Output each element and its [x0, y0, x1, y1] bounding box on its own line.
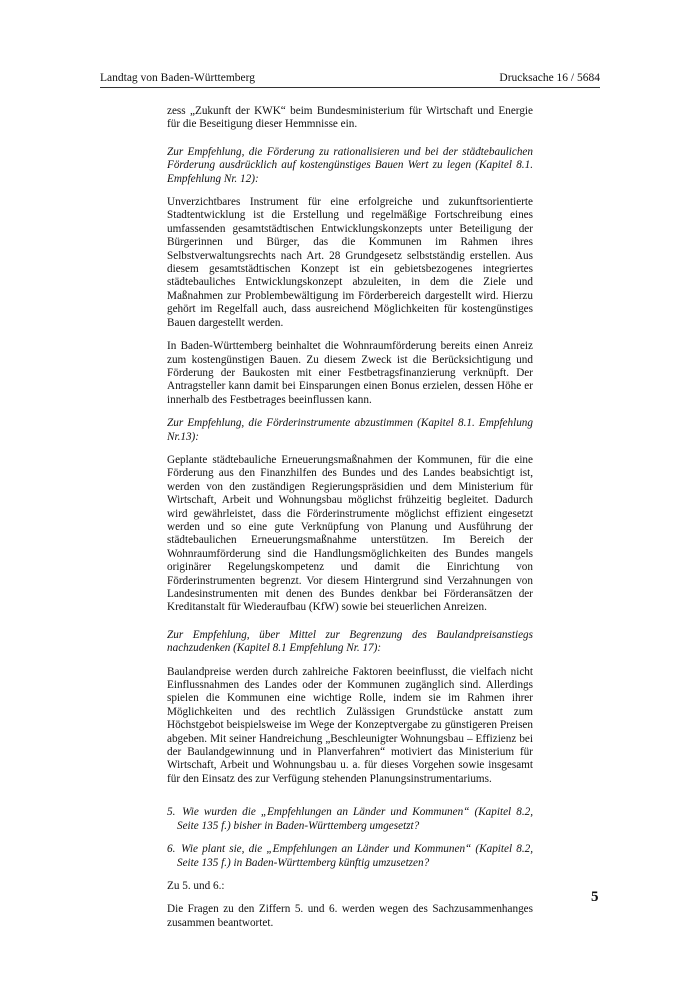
- recommendation-heading-13: Zur Empfehlung, die Förderinstrumente ab…: [167, 417, 533, 444]
- page-number: 5: [591, 889, 599, 906]
- paragraph-continued: zess „Zukunft der KWK“ beim Bundesminist…: [167, 105, 533, 132]
- paragraph-erneuerungsmassnahmen: Geplante städtebauliche Erneuerungsmaßna…: [167, 454, 533, 615]
- paragraph-stadtentwicklung: Unverzichtbares Instrument für eine erfo…: [167, 196, 533, 330]
- answer-paragraph: Die Fragen zu den Ziffern 5. und 6. werd…: [167, 903, 533, 930]
- paragraph-baulandpreise: Baulandpreise werden durch zahlreiche Fa…: [167, 666, 533, 787]
- question-5: 5. Wie wurden die „Empfehlungen an Lände…: [167, 806, 533, 833]
- document-body: zess „Zukunft der KWK“ beim Bundesminist…: [167, 105, 533, 940]
- header-parliament: Landtag von Baden-Württemberg: [100, 72, 255, 84]
- question-6: 6. Wie plant sie, die „Empfehlungen an L…: [167, 843, 533, 870]
- paragraph-wohnraumfoerderung: In Baden-Württemberg beinhaltet die Wohn…: [167, 340, 533, 407]
- header-document-number: Drucksache 16 / 5684: [499, 72, 600, 84]
- running-header: Landtag von Baden-Württemberg Drucksache…: [100, 70, 600, 88]
- recommendation-heading-17: Zur Empfehlung, über Mittel zur Begrenzu…: [167, 629, 533, 656]
- answer-label: Zu 5. und 6.:: [167, 880, 533, 893]
- recommendation-heading-12: Zur Empfehlung, die Förderung zu rationa…: [167, 146, 533, 186]
